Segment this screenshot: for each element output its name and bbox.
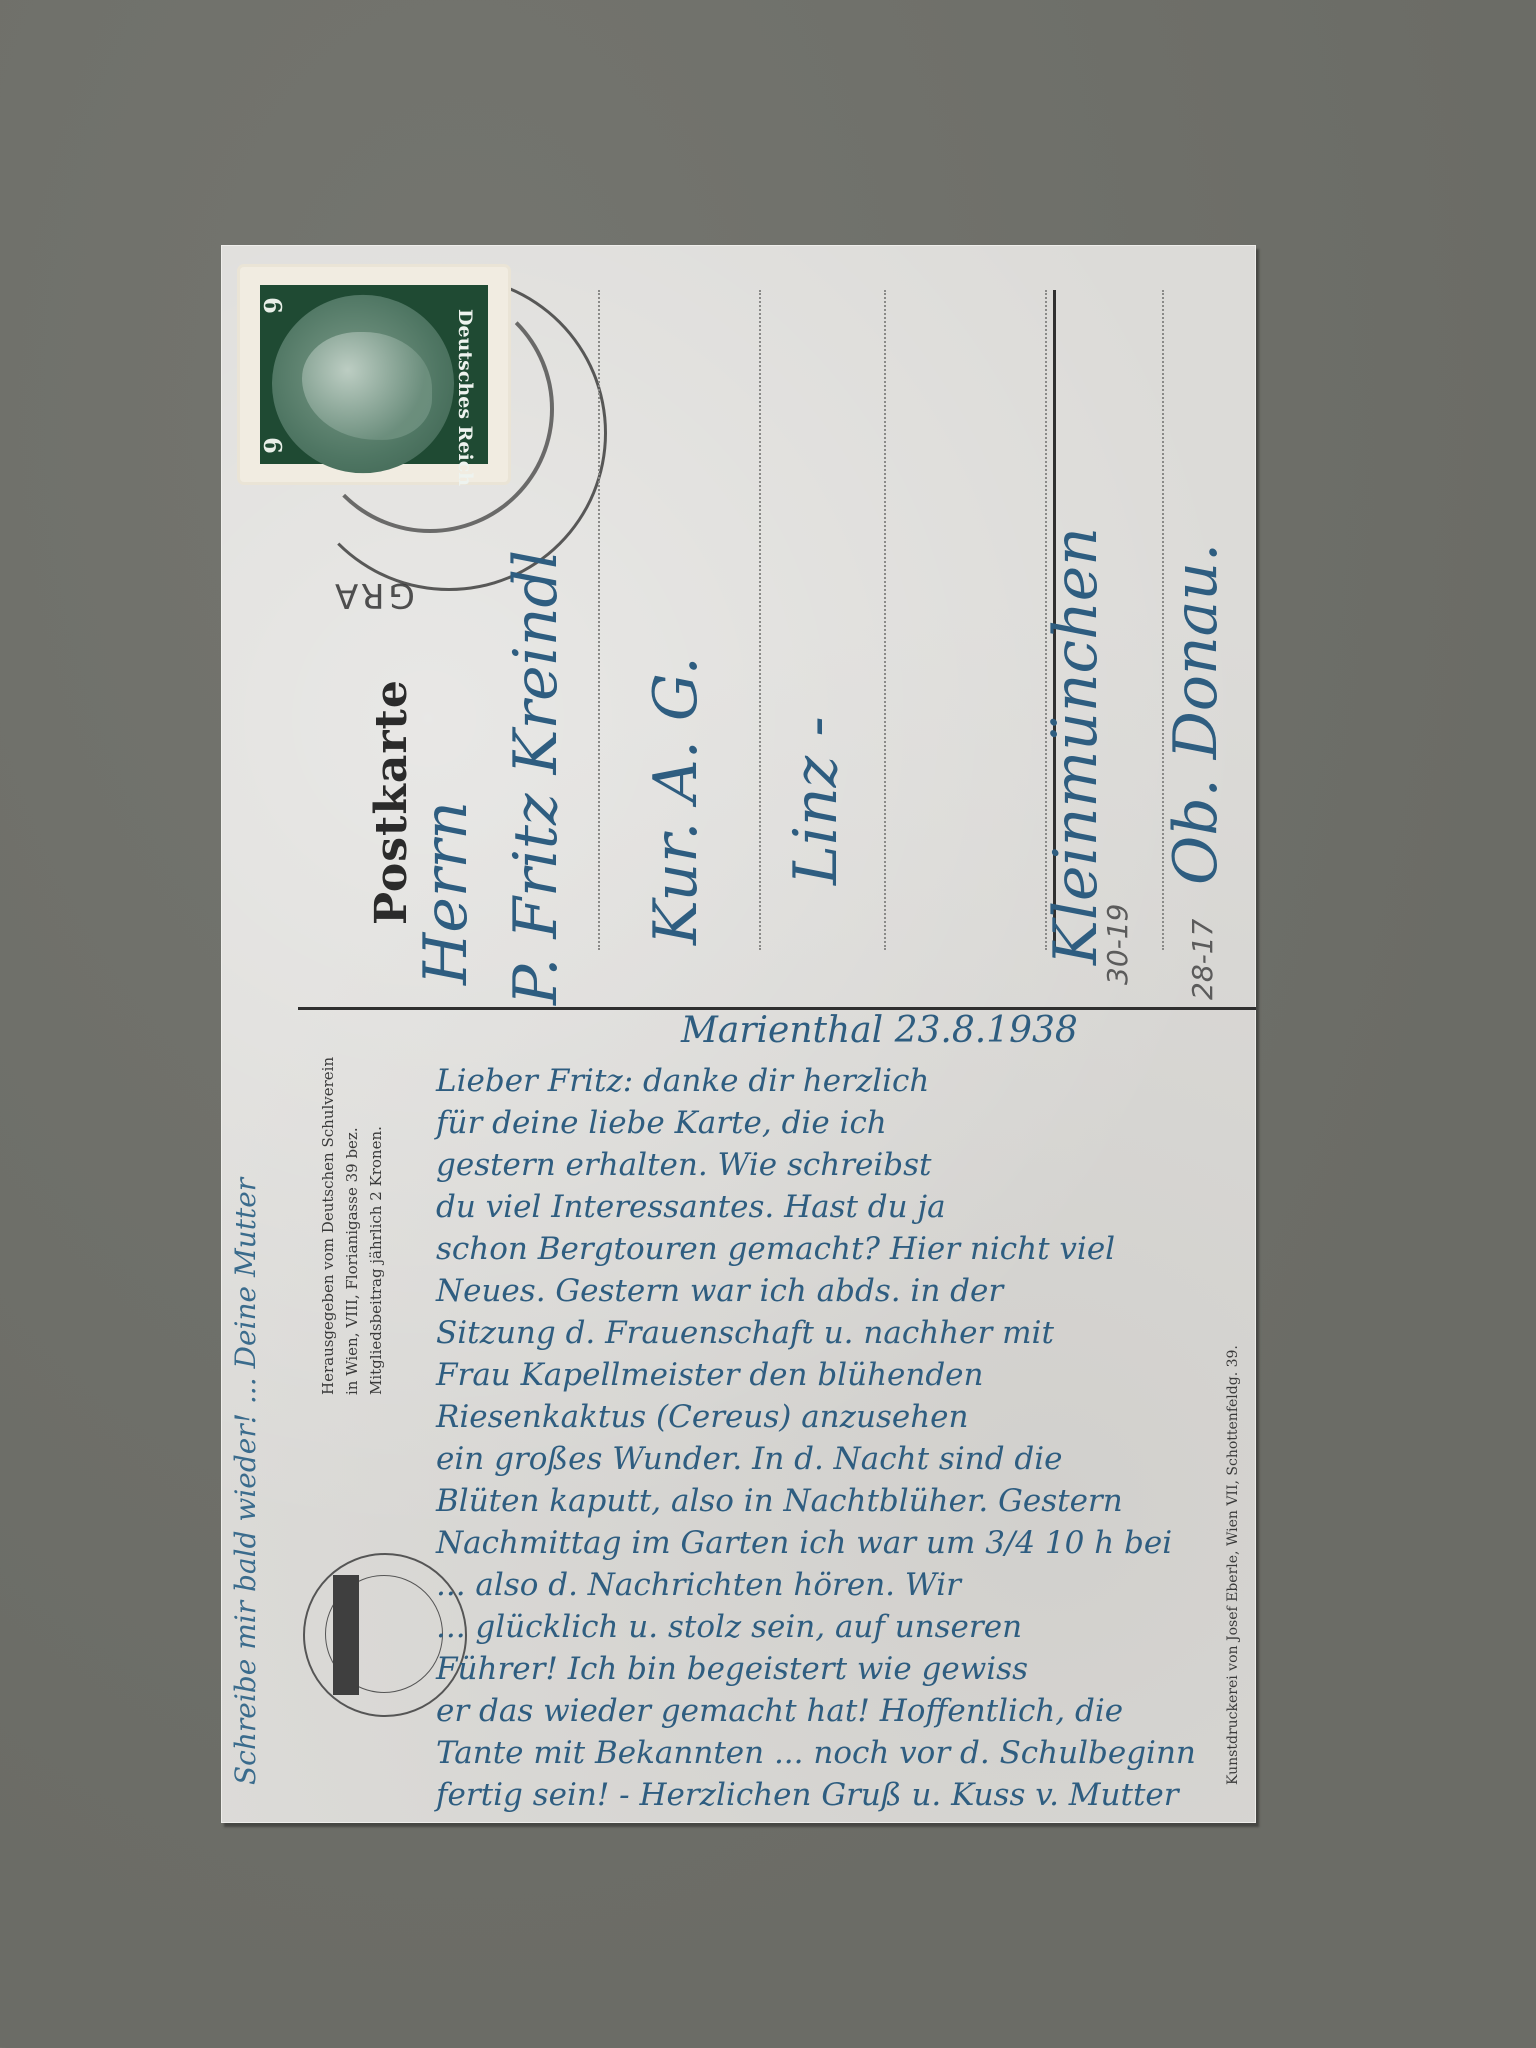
message-line: er das wieder gemacht hat! Hoffentlich, …: [436, 1690, 1251, 1732]
address-line-1: [598, 290, 600, 950]
address-line-title: Kur. A. G.: [641, 656, 711, 945]
stamp-country: Deutsches Reich: [454, 309, 476, 459]
postcard: GRA c 6 6 Deutsches Reich Postkarte Herr…: [221, 245, 1256, 1823]
emblem-dark-bar: [333, 1575, 359, 1695]
message-line: ... also d. Nachrichten hören. Wir: [436, 1564, 1251, 1606]
address-district: Kleinmünchen: [1041, 527, 1111, 965]
message-line: gestern erhalten. Wie schreibst: [436, 1144, 1251, 1186]
message-line: fertig sein! - Herzlichen Gruß u. Kuss v…: [436, 1774, 1251, 1816]
message-line: du viel Interessantes. Hast du ja: [436, 1186, 1251, 1228]
message-line: Nachmittag im Garten ich war um 3/4 10 h…: [436, 1522, 1251, 1564]
printed-left-line-3: Mitgliedsbeitrag jährlich 2 Kronen.: [364, 1057, 388, 1395]
postmark-town: GRA: [331, 575, 415, 615]
message-line: für deine liebe Karte, die ich: [436, 1102, 1251, 1144]
message-line: Blüten kaputt, also in Nachtblüher. Gest…: [436, 1480, 1251, 1522]
message-line: Sitzung d. Frauenschaft u. nachher mit: [436, 1312, 1251, 1354]
address-salutation: Herrn: [411, 801, 481, 985]
stamp-value-top: 6: [258, 297, 287, 314]
address-line-2: [759, 290, 761, 950]
message-line: Lieber Fritz: danke dir herzlich: [436, 1060, 1251, 1102]
address-name: P. Fritz Kreindl: [501, 550, 571, 1005]
message-body: Lieber Fritz: danke dir herzlich für dei…: [436, 1060, 1251, 1816]
portrait-medallion-icon: [272, 295, 454, 473]
message-line: Tante mit Bekannten ... noch vor d. Schu…: [436, 1732, 1251, 1774]
message-line: ... glücklich u. stolz sein, auf unseren: [436, 1606, 1251, 1648]
pencil-note-1: 30-19: [1101, 904, 1134, 985]
message-line: ein großes Wunder. In d. Nacht sind die: [436, 1438, 1251, 1480]
stamp-value-bottom: 6: [258, 437, 287, 454]
address-region: Ob. Donau.: [1161, 543, 1231, 885]
pencil-note-2: 28-17: [1186, 919, 1219, 1000]
postcard-heading: Postkarte: [366, 679, 417, 925]
stamp-frame: 6 6 Deutsches Reich: [260, 285, 488, 464]
message-line: schon Bergtouren gemacht? Hier nicht vie…: [436, 1228, 1251, 1270]
message-line: Neues. Gestern war ich abds. in der: [436, 1270, 1251, 1312]
postage-stamp: 6 6 Deutsches Reich: [240, 267, 508, 482]
message-line: Frau Kapellmeister den blühenden: [436, 1354, 1251, 1396]
printed-left-line-1: Herausgegeben vom Deutschen Schulverein: [316, 1057, 340, 1395]
printed-publisher-left: Herausgegeben vom Deutschen Schulverein …: [316, 1057, 388, 1395]
address-city: Linz -: [781, 716, 851, 885]
message-line: Führer! Ich bin begeistert wie gewiss: [436, 1648, 1251, 1690]
printed-left-line-2: in Wien, VIII, Florianigasse 39 bez.: [340, 1057, 364, 1395]
margin-note: Schreibe mir bald wieder! ... Deine Mutt…: [229, 1178, 262, 1785]
portrait-head-icon: [302, 332, 432, 440]
address-line-3: [884, 290, 886, 950]
message-date-line: Marienthal 23.8.1938: [681, 1010, 1078, 1051]
message-line: Riesenkaktus (Cereus) anzusehen: [436, 1396, 1251, 1438]
